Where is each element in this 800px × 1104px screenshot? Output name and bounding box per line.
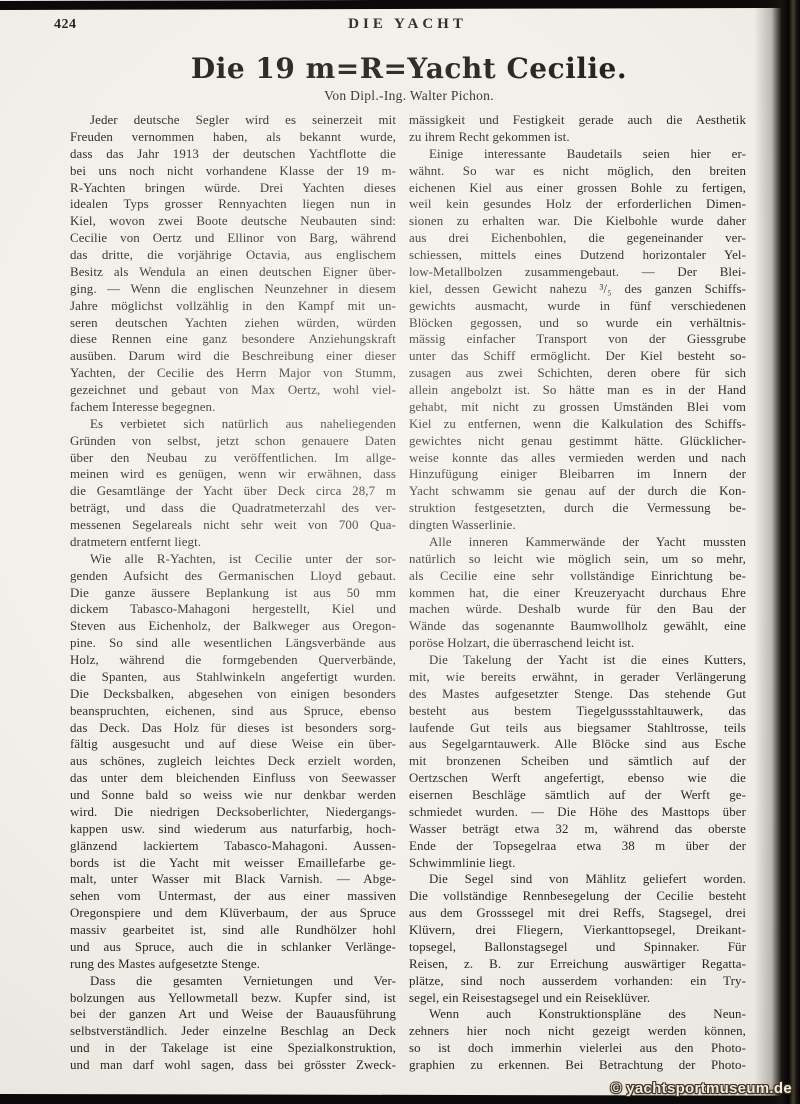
text-line: gewichtes nicht genau gestimmt hätte. Gl… [409, 433, 746, 450]
text-line: besteht aus bestem Tiegelgussstahltauwer… [409, 703, 746, 720]
text-column-left: Jeder deutsche Segler wird es seinerzeit… [70, 112, 396, 1074]
text-line: zu ihrem Recht gekommen ist. [409, 129, 746, 146]
text-line: zusagen aus zwei Schichten, deren obere … [409, 365, 746, 382]
text-line: Wasser beträgt etwa 32 m, während das ob… [409, 821, 746, 838]
text-line: schiessen, mittels eines Dutzend horizon… [409, 247, 746, 264]
text-line: Oregonspiere und dem Klüverbaum, der aus… [70, 905, 396, 922]
text-line: massiv gearbeitet ist, sind alle Rundhöl… [70, 922, 396, 939]
article-byline: Von Dipl.-Ing. Walter Pichon. [70, 88, 748, 104]
text-line: Steven aus Eichenholz, der Balkweger aus… [70, 618, 396, 635]
text-line: als Cecilie eine sehr vollständige Einri… [409, 568, 746, 585]
text-line: dratmetern entfernt liegt. [70, 534, 396, 551]
text-line: das dritte, die vorjährige Octavia, aus … [70, 247, 396, 264]
scanned-magazine-page: 424 DIE YACHT Die 19 m=R=Yacht Cecilie. … [0, 0, 800, 1104]
text-line: gewichts ausmacht, wurde in fünf verschi… [409, 298, 746, 315]
text-line: des Mastes aufgesetzter Stenge. Das steh… [409, 686, 746, 703]
text-line: dass das Jahr 1913 der deutschen Yachtfl… [70, 146, 396, 163]
scan-edge-top [0, 0, 800, 10]
text-line: beträgt, und dass die Quadratmeterzahl d… [70, 500, 396, 517]
text-line: zehners hier noch nicht gezeigt werden k… [409, 1023, 746, 1040]
text-line: Jeder deutsche Segler wird es seinerzeit… [70, 112, 396, 129]
text-line: Gründen von selbst, jetzt schon genauere… [70, 433, 396, 450]
text-line: Einige interessante Baudetails seien hie… [409, 146, 746, 163]
text-line: beanspruchten, eichenen, sind aus Spruce… [70, 703, 396, 720]
text-line: Holz, während die formgebenden Querverbä… [70, 652, 396, 669]
text-line: Cecilie von Oertz und Ellinor von Barg, … [70, 230, 396, 247]
text-line: Jahre möglichst vollzählig in den Kampf … [70, 298, 396, 315]
article-header: Die 19 m=R=Yacht Cecilie. Von Dipl.-Ing.… [70, 54, 748, 104]
text-line: aus Segelgarntauwerk. Alle Blöcke sind a… [409, 736, 746, 753]
text-line: dickem Tabasco-Mahagoni hergestellt, Kie… [70, 601, 396, 618]
text-line: Die ganze äussere Beplankung ist aus 50 … [70, 585, 396, 602]
text-line: Wenn auch Konstruktionspläne des Neun- [409, 1006, 746, 1023]
text-line: Die Takelung der Yacht ist die eines Kut… [409, 652, 746, 669]
text-line: und aus Spruce, auch die in schlanker Ve… [70, 939, 396, 956]
text-line: kappen usw. sind wiederum aus naturfarbi… [70, 821, 396, 838]
text-line: die Spanten, aus Stahlwinkeln angefertig… [70, 669, 396, 686]
text-line: seren deutschen Yachten ziehen würden, w… [70, 315, 396, 332]
text-line: Die Decksbalken, abgesehen von einigen b… [70, 686, 396, 703]
article-title: Die 19 m=R=Yacht Cecilie. [70, 54, 748, 84]
text-line: mit, wie bereits erwähnt, in gerader Ver… [409, 669, 746, 686]
text-line: weise konnte das alles vermieden werden … [409, 450, 746, 467]
text-line: Yachten, der Cecilie des Herrn Major von… [70, 365, 396, 382]
text-line: Kiel zu entfernen, wenn die Kalkulation … [409, 416, 746, 433]
book-spine-shadow [754, 0, 800, 1104]
text-line: Dass die gesamten Vernietungen und Ver- [70, 973, 396, 990]
text-line: fältig ausgesucht und auf diese Weise ei… [70, 736, 396, 753]
text-line: und in der Takelage ist eine Spezialkons… [70, 1040, 396, 1057]
text-line: gezeichnet und gebaut von Max Oertz, woh… [70, 382, 396, 399]
text-line: schmiedet wurden. — Die Höhe des Masttop… [409, 804, 746, 821]
text-line: malt, unter Wasser mit Black Varnish. — … [70, 871, 396, 888]
text-line: natürlich so leicht wie möglich sein, um… [409, 551, 746, 568]
text-line: ausüben. Darum wird die Beschreibung ein… [70, 348, 396, 365]
text-line: eichenen Kiel aus einer grossen Bohle zu… [409, 180, 746, 197]
text-line: und Sonne bald so weiss wie nur denkbar … [70, 787, 396, 804]
text-line: die Gesamtlänge der Yacht über Deck circ… [70, 483, 396, 500]
journal-title: DIE YACHT [300, 16, 515, 33]
text-line: topsegel, Ballonstagsegel und Spinnaker.… [409, 939, 746, 956]
text-line: mässigkeit und Festigkeit gerade auch di… [409, 112, 746, 129]
watermark: © yachtsportmuseum.de [610, 1080, 792, 1097]
text-line: idealen Typs grosser Rennyachten liegen … [70, 196, 396, 213]
text-line: Besitz als Wendula an einen deutschen Ei… [70, 264, 396, 281]
text-line: bolzungen aus Yellowmetall bezw. Kupfer … [70, 990, 396, 1007]
text-line: wähnt. So war es nicht möglich, den brei… [409, 163, 746, 180]
text-line: segel, ein Reisestagsegel und ein Reisek… [409, 990, 746, 1007]
text-line: über den Neubau zu veröffentlichen. Im a… [70, 450, 396, 467]
text-line: Klüvern, drei Fliegern, Vierkanttopsegel… [409, 922, 746, 939]
text-line: bei uns noch nicht vorhandene Klasse der… [70, 163, 396, 180]
text-line: aus schönes, zugleich leichtes Deck erzi… [70, 753, 396, 770]
text-line: fachem Interesse begegnen. [70, 399, 396, 416]
text-line: eisernen Beschläge sämtlich auf der Werf… [409, 787, 746, 804]
text-line: selbstverständlich. Jeder einzelne Besch… [70, 1023, 396, 1040]
text-line: Alle inneren Kammerwände der Yacht musst… [409, 534, 746, 551]
text-line: messenen Segelareals nicht sehr weit von… [70, 517, 396, 534]
text-line: meinen wird es genügen, wenn wir erwähne… [70, 466, 396, 483]
text-line: weil kein gesundes Holz der erforderlich… [409, 196, 746, 213]
text-line: Die vollständige Rennbesegelung der Ceci… [409, 888, 746, 905]
text-line: machen würde. Deshalb wurde für den Bau … [409, 601, 746, 618]
text-line: Blöcken gegossen, und so wurde ein verhä… [409, 315, 746, 332]
text-line: Schwimmlinie liegt. [409, 855, 746, 872]
text-line: das Deck. Das Holz für dieses ist besond… [70, 720, 396, 737]
text-line: R-Yachten bringen würde. Drei Yachten di… [70, 180, 396, 197]
text-line: Yacht schwamm sie genau auf der durch di… [409, 483, 746, 500]
text-line: plätze, sind noch ausserdem vorhanden: e… [409, 973, 746, 990]
text-line: so ist doch immerhin vielerlei aus den P… [409, 1040, 746, 1057]
text-line: und man darf wohl sagen, dass bei grösst… [70, 1057, 396, 1074]
text-line: mit bronzenen Scheiben und sämtlich auf … [409, 753, 746, 770]
text-line: low-Metallbolzen zusammengebaut. — Der B… [409, 264, 746, 281]
text-line: Es verbietet sich natürlich aus nahelieg… [70, 416, 396, 433]
text-line: gehabt, mit nicht zu grossen Umständen B… [409, 399, 746, 416]
text-line: Oertzschen Werft angefertigt, ebenso wie… [409, 770, 746, 787]
text-line: Freuden vernommen haben, als bekannt wur… [70, 129, 396, 146]
text-column-right: mässigkeit und Festigkeit gerade auch di… [409, 112, 746, 1074]
text-line: mässig einfacher Transport von der Giess… [409, 331, 746, 348]
text-line: Wände das sogenannte Baumwollholz gewähl… [409, 618, 746, 635]
text-line: aus drei Eichenbohlen, die gegeneinander… [409, 230, 746, 247]
text-line: das unter dem bleichenden Einfluss von S… [70, 770, 396, 787]
text-line: pine. So sind alle wesentlichen Längsver… [70, 635, 396, 652]
text-line: sehen vom Untermast, der aus einer massi… [70, 888, 396, 905]
page-number: 424 [54, 17, 77, 33]
text-line: diese Rennen eine ganz besondere Anziehu… [70, 331, 396, 348]
text-line: allein angebolzt ist. So hätte man es in… [409, 382, 746, 399]
text-line: aus dem Grosssegel mit drei Reffs, Stags… [409, 905, 746, 922]
text-line: Wie alle R-Yachten, ist Cecilie unter de… [70, 551, 396, 568]
text-line: graphien zu erkennen. Bei Betrachtung de… [409, 1057, 746, 1074]
text-line: Die Segel sind von Mählitz geliefert wor… [409, 871, 746, 888]
text-line: dingten Wasserlinie. [409, 517, 746, 534]
text-line: bords ist die Yacht mit weisser Emaillef… [70, 855, 396, 872]
text-line: glänzend lackiertem Tabasco-Mahagoni. Au… [70, 838, 396, 855]
text-line: sionen zu erhalten war. Die Kielbohle wu… [409, 213, 746, 230]
text-line: laufende Gut teils aus biegsamer Stahltr… [409, 720, 746, 737]
text-line: kommen hat, die einer Kreuzeryacht durch… [409, 585, 746, 602]
text-line: Hinzufügung einiger Bleibarren im Innern… [409, 466, 746, 483]
text-line: genden Aufsicht des Germanischen Lloyd g… [70, 568, 396, 585]
text-line: kiel, dessen Gewicht nahezu ³/₅ des ganz… [409, 281, 746, 298]
text-line: wird. Die niedrigen Decksoberlichter, Ni… [70, 804, 396, 821]
text-line: unter das Schiff ermöglicht. Der Kiel be… [409, 348, 746, 365]
text-line: rung des Mastes aufgesetzte Stenge. [70, 956, 396, 973]
text-line: struktion festgesetzten, durch die Verme… [409, 500, 746, 517]
text-line: Ende der Topsegelraa etwa 38 m über der [409, 838, 746, 855]
text-line: Kiel, wovon zwei Boote deutsche Neubaute… [70, 213, 396, 230]
text-line: ging. — Wenn die englischen Neunzehner i… [70, 281, 396, 298]
text-line: bei der ganzen Art und Weise der Bauausf… [70, 1006, 396, 1023]
text-line: Reisen, z. B. zur Erreichung auswärtiger… [409, 956, 746, 973]
text-line: poröse Holzart, die überraschend leicht … [409, 635, 746, 652]
